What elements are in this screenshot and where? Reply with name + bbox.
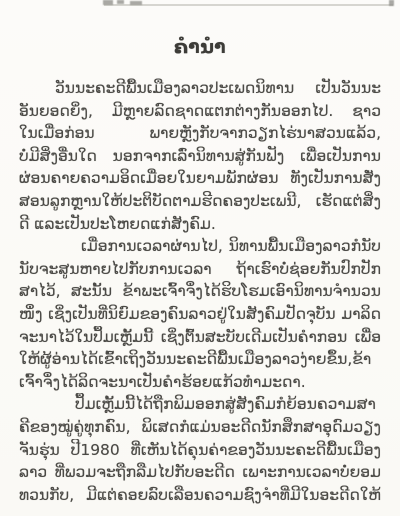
text-line: ອັນຍອດຍິ່ງ, ມີຫຼາຍລົດຊາດແຕກຕ່າງກັນອອກໄປ.… [19,100,381,123]
text-line: ໜຶ່ງ ເຊິ່ງເປັນທີ່ນິຍົມຂອງຄົນລາວຢູ່ໃນສັງຄ… [19,303,381,326]
text-line: ບໍ່ມີສິ່ງອື່ນໃດ ນອກຈາກເລົ່ານິທານສູ່ກັນຟັ… [19,145,381,168]
text-line: ປຶ້ມເຫຼັ້ມນີ້ໄດ້ຖືກພິມອອກສູ່ສັງຄົມກໍຍ້ອນ… [19,393,381,416]
text-line: ລາວ ທີ່ພວມຈະຖືກລືມໄປກັບອະດີດ ເພາະການເວລາ… [19,461,381,484]
text-line: ໃນເມື່ອກ່ອນ ພາຍຫຼັງກັບຈາກວຽກໄຮ່ນາສວນແລ້ວ… [19,122,381,145]
text-line: ຜ່ອນຄາຍຄວາມອິດເມື່ອຍໃນຍາມພັກຜ່ອນ ທັງເປັນ… [19,167,381,190]
scan-artifact-smudge [117,0,124,4]
text-line: ຈະນາໄວ້ໃນປຶ້ມເຫຼັ້ມນີ້ ເຊິ່ງຕົ້ນສະບັບເດີ… [19,326,381,349]
text-line: ສອນລູກຫຼານໃຫ້ປະຕິບັດຕາມຮີດຄອງປະເພນີ, ເຮັ… [19,190,381,213]
paragraph: ປຶ້ມເຫຼັ້ມນີ້ໄດ້ຖືກພິມອອກສູ່ສັງຄົມກໍຍ້ອນ… [19,393,381,506]
text-line: ຈັນຮຸ່ນ ປີ1980 ທີ່ເຫັນໄດ້ຄຸນຄ່າຂອງວັນນະຄ… [19,439,381,462]
text-line: ສາໄວ້, ສະນັ້ນ ຂ້າພະເຈົ້າຈຶ່ງໄດ້ຮິບໂຮມເອົ… [19,280,381,303]
text-line: ເມື່ອການເວລາຜ່ານໄປ, ນິທານພື້ນເມືອງລາວກໍນ… [19,235,381,258]
text-line: ວັນນະຄະດີພື້ນເມືອງລາວປະເພດນິທານ ເປັນວັນນ… [19,77,381,100]
page-title: ຄຳນຳ [0,36,400,58]
scan-artifact-smudge [389,0,394,6]
text-line: ດີ ແລະເປັນປະໂຫຍດແກ່ສັງຄົມ. [19,213,381,236]
document-body: ວັນນະຄະດີພື້ນເມືອງລາວປະເພດນິທານ ເປັນວັນນ… [19,77,381,506]
scan-artifact-smudge [130,1,142,5]
text-line: ນັບຈະສູນຫາຍໄປກັບການເວລາ ຖ້າເຮົາບໍ່ຊ່ອຍກັ… [19,258,381,281]
scan-artifact-line [104,4,393,6]
text-line: ຄີຂອງໝູ່ຄູ່ທຸກຄົນ, ພິເສດກໍແມ່ນອະດີດນັກສຶ… [19,416,381,439]
scan-artifact-smudge [103,0,113,5]
paragraph: ເມື່ອການເວລາຜ່ານໄປ, ນິທານພື້ນເມືອງລາວກໍນ… [19,235,381,393]
text-line: ໃຫ້ຜູ້ອ່ານໄດ້ເຂົ້າເຖິງວັນນະຄະດີພື້ນເມືອງ… [19,348,381,371]
text-line: ເຈົ້າຈຶ່ງໄດ້ລິດຈະນາເປັນຄຳຮ້ອຍແກ້ວທຳມະດາ. [19,371,381,394]
text-line: ທວນກັບ, ມີແຕ່ຄອຍລົບເລືອນຄວາມຊົງຈຳທີ່ມີໃນ… [19,484,381,507]
paragraph: ວັນນະຄະດີພື້ນເມືອງລາວປະເພດນິທານ ເປັນວັນນ… [19,77,381,235]
scanned-document-page: ຄຳນຳ ວັນນະຄະດີພື້ນເມືອງລາວປະເພດນິທານ ເປັ… [0,0,400,516]
